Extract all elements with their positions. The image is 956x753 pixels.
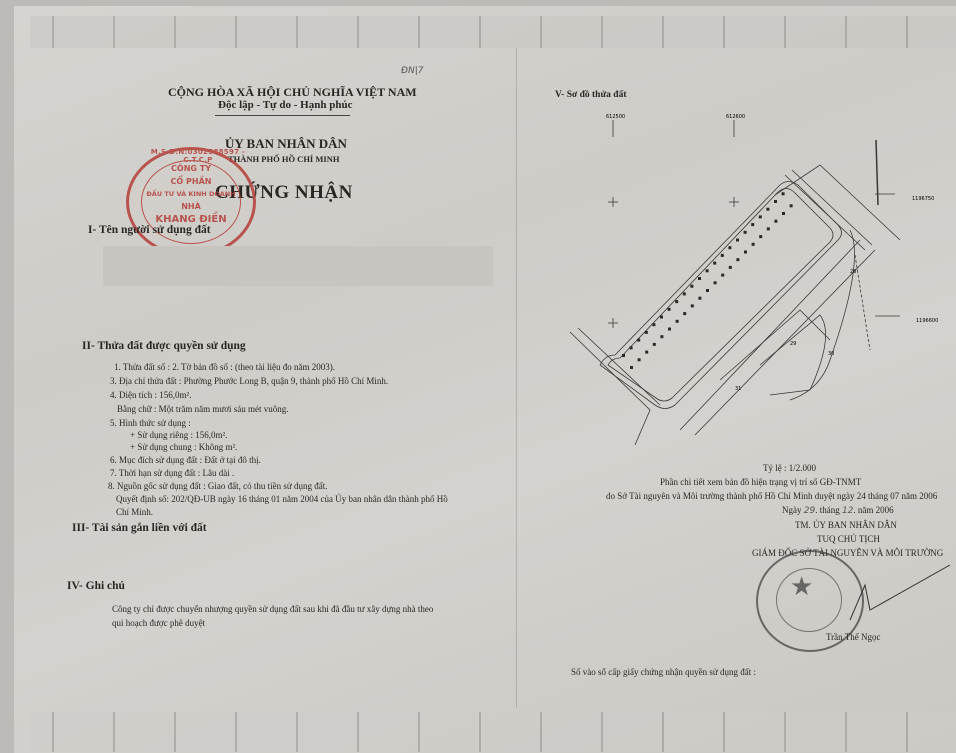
redacted-owner-name: [103, 246, 493, 286]
company-stamp: M.S.D.N:0302588597 - C.T.C.P CÔNG TY CỔ …: [126, 147, 256, 257]
grid-label-x1: 612500: [606, 114, 625, 120]
stamp-line: CỔ PHẦN: [129, 177, 253, 186]
parcel-item: 1. Thửa đất số : 2. Tờ bản đồ số : (theo…: [114, 362, 335, 372]
stamp-ring-text: M.S.D.N:0302588597 - C.T.C.P: [143, 148, 253, 164]
parcel-item: 4. Diện tích : 156,0m².: [110, 390, 191, 400]
parcel-label: 31: [735, 386, 741, 392]
map-detail-line: Phần chi tiết xem bản đồ hiện trạng vị t…: [660, 477, 861, 487]
parcel-item: + Sử dụng chung : Không m².: [130, 442, 237, 452]
note-line: Công ty chỉ được chuyển nhượng quyền sử …: [112, 604, 433, 614]
date-day: 29: [804, 506, 815, 516]
star-icon: ★: [790, 572, 813, 602]
grid-label-y2: 1196600: [916, 318, 938, 324]
grid-label-y1: 1196750: [912, 196, 934, 202]
parcel-label: 28: [850, 269, 856, 275]
section4-heading: IV- Ghi chú: [67, 580, 125, 592]
parcel-item: 5. Hình thức sử dụng :: [110, 418, 191, 428]
section3-heading: III- Tài sản gắn liền với đất: [72, 522, 207, 534]
parcel-item: Chí Minh.: [116, 507, 153, 517]
section1-heading: I- Tên người sử dụng đất: [88, 224, 211, 236]
sign-title: GIÁM ĐỐC SỞ TÀI NGUYÊN VÀ MÔI TRƯỜNG: [752, 548, 943, 558]
sign-role: TUQ CHỦ TỊCH: [817, 534, 880, 544]
sign-org: TM. ỦY BAN NHÂN DÂN: [795, 520, 897, 530]
parcel-item: + Sử dụng riêng : 156,0m².: [130, 430, 227, 440]
parcel-item: Bằng chữ : Một trăm năm mươi sáu mét vuô…: [117, 404, 289, 414]
note-line: qui hoạch được phê duyệt: [112, 618, 205, 628]
motto: Độc lập - Tự do - Hạnh phúc: [218, 99, 352, 111]
registry-line: Số vào sổ cấp giấy chứng nhận quyền sử d…: [571, 667, 756, 677]
signer-name: Trần Thế Ngọc: [826, 632, 881, 642]
parcel-item: 8. Nguồn gốc sử dụng đất : Giao đất, có …: [108, 481, 327, 491]
stamp-line: ĐẦU TƯ VÀ KINH DOANH: [129, 190, 253, 198]
handwritten-ref: ĐN|7: [401, 66, 423, 76]
date-prefix: Ngày: [782, 505, 802, 515]
parcel-label: 29: [790, 341, 796, 347]
section5-heading: V- Sơ đồ thửa đất: [555, 90, 627, 100]
date-month: 12: [842, 506, 853, 516]
scan-noise-bottom: [30, 712, 956, 752]
stamp-line: NHÀ: [129, 202, 253, 211]
parcel-item: Quyết định số: 202/QĐ-UB ngày 16 tháng 0…: [116, 494, 448, 504]
site-plan-drawing: 612500 612600 1196750 1196600 30 29 28 3…: [560, 100, 950, 460]
scan-noise-top: [30, 16, 956, 48]
parcel-item: 7. Thời hạn sử dụng đất : Lâu dài .: [110, 468, 234, 478]
date-month-prefix: . tháng: [815, 505, 840, 515]
stamp-line: CÔNG TY: [129, 164, 253, 173]
page-fold: [516, 48, 517, 708]
map-scale: Tỷ lệ : 1/2.000: [763, 463, 816, 473]
grid-label-x2: 612600: [726, 114, 745, 120]
lot-markers: [622, 192, 793, 369]
nation-title: CỘNG HÒA XÃ HỘI CHỦ NGHĨA VIỆT NAM: [168, 85, 417, 100]
parcel-item: 6. Mục đích sử dụng đất : Đất ở tại đô t…: [110, 455, 261, 465]
signature: [845, 565, 955, 625]
motto-underline: [215, 115, 350, 116]
approval-line: do Sở Tài nguyên và Môi trường thành phố…: [606, 491, 937, 501]
section2-heading: II- Thửa đất được quyền sử dụng: [82, 340, 246, 352]
parcel-label: 30: [828, 351, 834, 357]
parcel-item: 3. Địa chỉ thửa đất : Phường Phước Long …: [110, 376, 388, 386]
date-year: . năm 2006: [853, 505, 893, 515]
issue-date: Ngày 29. tháng 12. năm 2006: [782, 505, 894, 516]
